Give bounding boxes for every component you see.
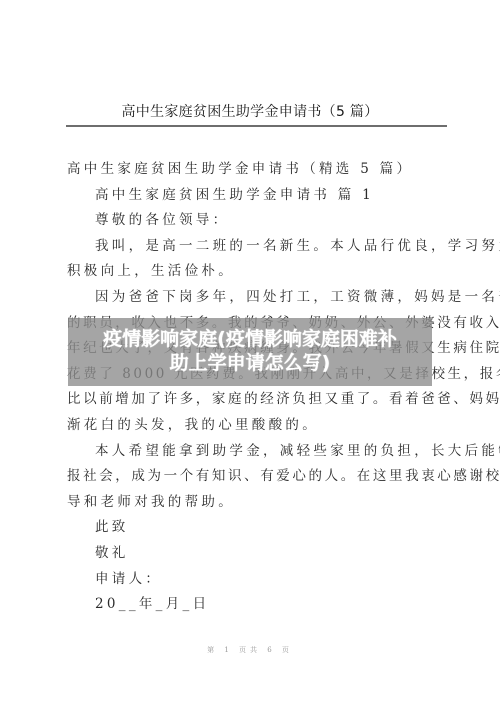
closing-line: 此致 [67, 515, 441, 541]
closing-regards: 敬礼 [67, 541, 441, 567]
paragraph-line: 导和老师对我的帮助。 [67, 490, 441, 516]
paragraph-line: 我叫，是高一二班的一名新生。本人品行优良，学习努力， [67, 234, 441, 260]
letter-heading: 高中生家庭贫困生助学金申请书 篇 1 [67, 183, 441, 209]
header-title: 高中生家庭贫困生助学金申请书（5 篇） [0, 101, 500, 121]
paragraph-line: 渐花白的头发，我的心里酸酸的。 [67, 413, 441, 439]
document-body: 高中生家庭贫困生助学金申请书（精选 5 篇） 高中生家庭贫困生助学金申请书 篇 … [67, 157, 441, 618]
paragraph-line: 因为爸爸下岗多年，四处打工，工资微薄，妈妈是一名普通 [67, 285, 441, 311]
page-footer: 第 1 页共 6 页 [0, 645, 500, 655]
paragraph-line: 比以前增加了许多，家庭的经济负担又重了。看着爸爸、妈妈渐 [67, 387, 441, 413]
overlay-title-line-1: 疫情影响家庭(疫情影响家庭困难补 [103, 328, 397, 350]
applicant-label: 申请人： [67, 567, 441, 593]
document-page: 高中生家庭贫困生助学金申请书（5 篇） 高中生家庭贫困生助学金申请书（精选 5 … [0, 0, 500, 706]
paragraph-line: 本人希望能拿到助学金，减轻些家里的负担，长大后能够回 [67, 439, 441, 465]
doc-subtitle: 高中生家庭贫困生助学金申请书（精选 5 篇） [67, 157, 441, 183]
date-line: 20__年_月_日 [67, 592, 441, 618]
paragraph-line: 报社会，成为一个有知识、有爱心的人。在这里我衷心感谢校领 [67, 464, 441, 490]
header-divider [66, 125, 447, 127]
overlay-title: 疫情影响家庭(疫情影响家庭困难补 助上学申请怎么写) [68, 318, 432, 375]
salutation: 尊敬的各位领导： [67, 208, 441, 234]
paragraph-line: 积极向上，生活俭朴。 [67, 259, 441, 285]
overlay-title-line-2: 助上学申请怎么写) [68, 351, 432, 375]
